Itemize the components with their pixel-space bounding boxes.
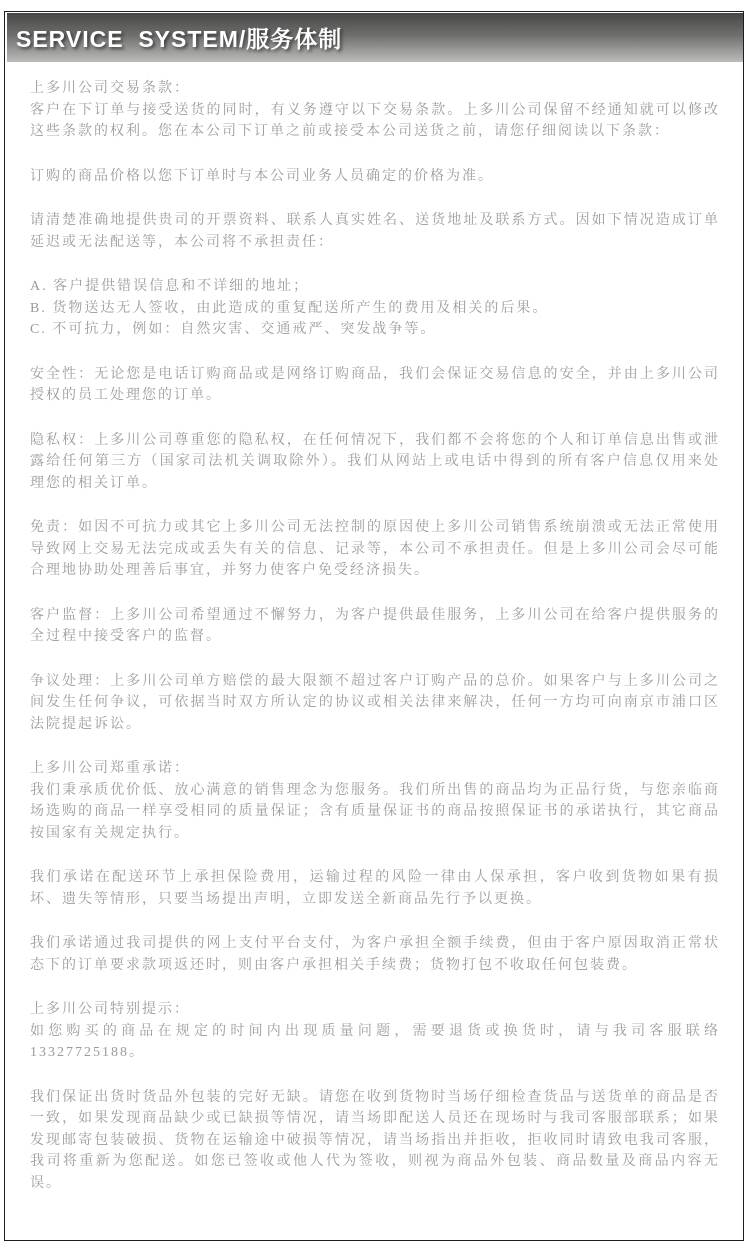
terms-paragraph: 安全性：无论您是电话订购商品或是网络订购商品，我们会保证交易信息的安全，并由上多… bbox=[30, 364, 720, 407]
terms-paragraph: 客户监督：上多川公司希望通过不懈努力，为客户提供最佳服务，上多川公司在给客户提供… bbox=[30, 605, 720, 648]
terms-paragraph: 订购的商品价格以您下订单时与本公司业务人员确定的价格为准。 bbox=[30, 166, 720, 188]
terms-paragraph: 请清楚准确地提供贵司的开票资料、联系人真实姓名、送货地址及联系方式。因如下情况造… bbox=[30, 210, 720, 253]
terms-paragraph: 免责：如因不可抗力或其它上多川公司无法控制的原因使上多川公司销售系统崩溃或无法正… bbox=[30, 517, 720, 582]
terms-paragraph: 如您购买的商品在规定的时间内出现质量问题，需要退货或换货时，请与我司客服联络13… bbox=[30, 1021, 720, 1064]
terms-paragraph: 上多川公司交易条款： bbox=[30, 78, 720, 100]
terms-section: 上多川公司交易条款：客户在下订单与接受送货的同时，有义务遵守以下交易条款。上多川… bbox=[30, 78, 720, 143]
terms-paragraph: 上多川公司郑重承诺： bbox=[30, 758, 720, 780]
terms-section: 安全性：无论您是电话订购商品或是网络订购商品，我们会保证交易信息的安全，并由上多… bbox=[30, 364, 720, 407]
terms-paragraph: B. 货物送达无人签收，由此造成的重复配送所产生的费用及相关的后果。 bbox=[30, 298, 720, 320]
terms-content: 上多川公司交易条款：客户在下订单与接受送货的同时，有义务遵守以下交易条款。上多川… bbox=[30, 78, 720, 1217]
terms-paragraph: 我们保证出货时货品外包装的完好无缺。请您在收到货物时当场仔细检查货品与送货单的商… bbox=[30, 1087, 720, 1195]
terms-section: 争议处理：上多川公司单方赔偿的最大限额不超过客户订购产品的总价。如果客户与上多川… bbox=[30, 671, 720, 736]
terms-section: 客户监督：上多川公司希望通过不懈努力，为客户提供最佳服务，上多川公司在给客户提供… bbox=[30, 605, 720, 648]
terms-section: 订购的商品价格以您下订单时与本公司业务人员确定的价格为准。 bbox=[30, 166, 720, 188]
terms-paragraph: 隐私权：上多川公司尊重您的隐私权，在任何情况下，我们都不会将您的个人和订单信息出… bbox=[30, 430, 720, 495]
section-title: SERVICE SYSTEM/服务体制 bbox=[7, 21, 342, 54]
terms-section: 我们保证出货时货品外包装的完好无缺。请您在收到货物时当场仔细检查货品与送货单的商… bbox=[30, 1087, 720, 1195]
terms-paragraph: C. 不可抗力，例如：自然灾害、交通戒严、突发战争等。 bbox=[30, 319, 720, 341]
terms-section: 上多川公司郑重承诺：我们秉承质优价低、放心满意的销售理念为您服务。我们所出售的商… bbox=[30, 758, 720, 844]
section-header: SERVICE SYSTEM/服务体制 bbox=[7, 13, 743, 62]
terms-paragraph: 我们承诺在配送环节上承担保险费用，运输过程的风险一律由人保承担，客户收到货物如果… bbox=[30, 867, 720, 910]
terms-paragraph: 上多川公司特别提示： bbox=[30, 999, 720, 1021]
terms-section: 请清楚准确地提供贵司的开票资料、联系人真实姓名、送货地址及联系方式。因如下情况造… bbox=[30, 210, 720, 253]
terms-paragraph: 我们秉承质优价低、放心满意的销售理念为您服务。我们所出售的商品均为正品行货，与您… bbox=[30, 780, 720, 845]
terms-section: 隐私权：上多川公司尊重您的隐私权，在任何情况下，我们都不会将您的个人和订单信息出… bbox=[30, 430, 720, 495]
terms-paragraph: 我们承诺通过我司提供的网上支付平台支付，为客户承担全额手续费，但由于客户原因取消… bbox=[30, 933, 720, 976]
terms-paragraph: 客户在下订单与接受送货的同时，有义务遵守以下交易条款。上多川公司保留不经通知就可… bbox=[30, 100, 720, 143]
terms-section: 我们承诺在配送环节上承担保险费用，运输过程的风险一律由人保承担，客户收到货物如果… bbox=[30, 867, 720, 910]
terms-paragraph: 争议处理：上多川公司单方赔偿的最大限额不超过客户订购产品的总价。如果客户与上多川… bbox=[30, 671, 720, 736]
terms-section: 免责：如因不可抗力或其它上多川公司无法控制的原因使上多川公司销售系统崩溃或无法正… bbox=[30, 517, 720, 582]
terms-section: 上多川公司特别提示：如您购买的商品在规定的时间内出现质量问题，需要退货或换货时，… bbox=[30, 999, 720, 1064]
terms-paragraph: A. 客户提供错误信息和不详细的地址； bbox=[30, 276, 720, 298]
terms-section: 我们承诺通过我司提供的网上支付平台支付，为客户承担全额手续费，但由于客户原因取消… bbox=[30, 933, 720, 976]
terms-section: A. 客户提供错误信息和不详细的地址；B. 货物送达无人签收，由此造成的重复配送… bbox=[30, 276, 720, 341]
